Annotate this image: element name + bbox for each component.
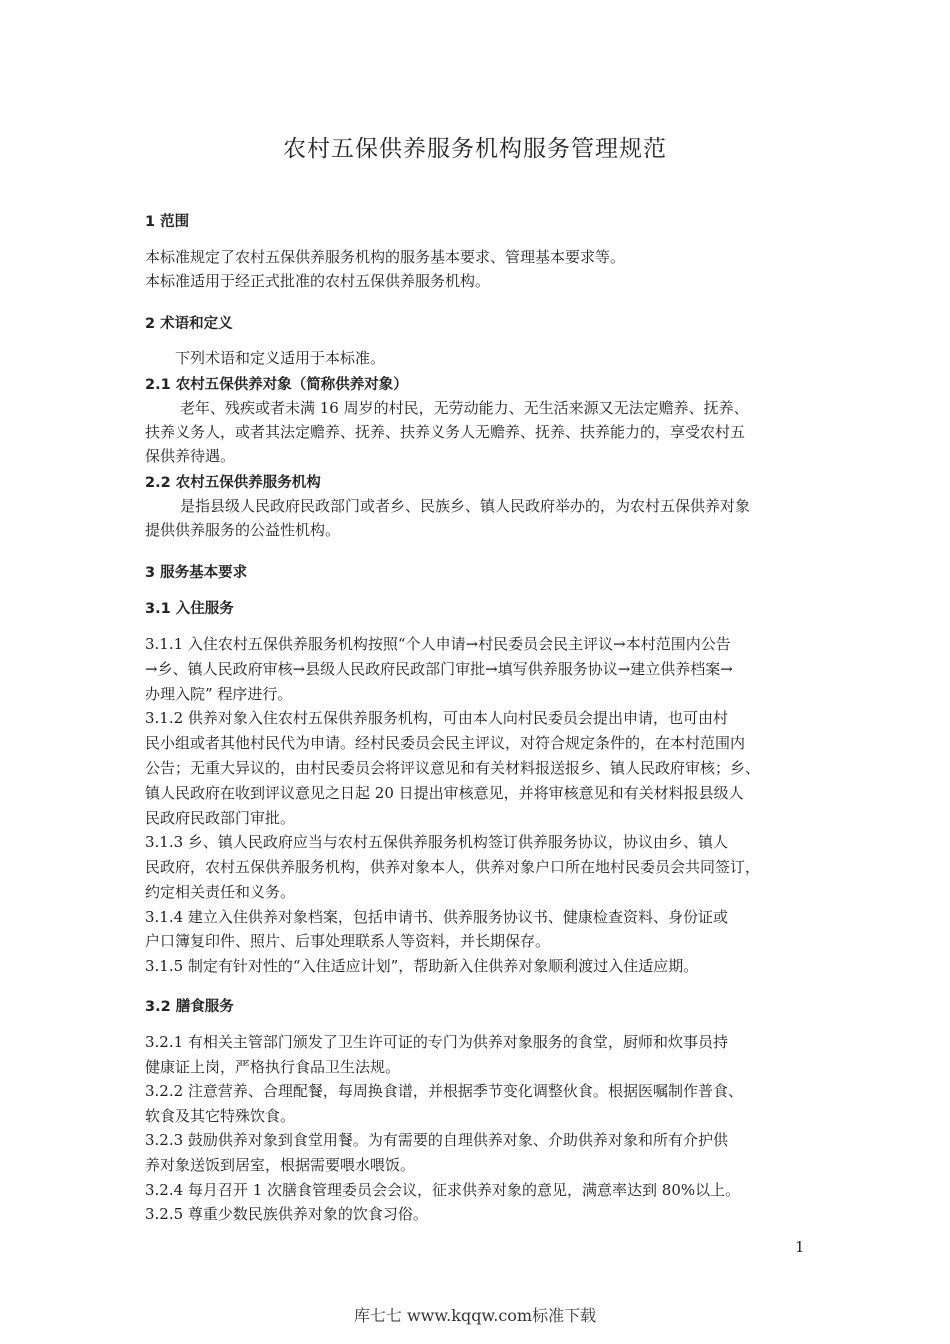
paragraph-line: 3.2.1 有相关主管部门颁发了卫生许可证的专门为供养对象服务的食堂，厨师和炊事…: [145, 1032, 810, 1052]
paragraph-line: 约定相关责任和义务。: [145, 882, 810, 902]
page-number: 1: [795, 1238, 805, 1256]
paragraph-line: 3.2.4 每月召开 1 次膳食管理委员会会议，征求供养对象的意见，满意率达到 …: [145, 1180, 810, 1200]
paragraph-line: 民小组或者其他村民代为申请。经村民委员会民主评议，对符合规定条件的，在本村范围内: [145, 733, 810, 753]
paragraph-line: 健康证上岗，严格执行食品卫生法规。: [145, 1057, 810, 1077]
section-heading-2: 2 术语和定义: [145, 312, 233, 333]
paragraph-line: 保供养待遇。: [145, 446, 810, 466]
section-heading-3: 3 服务基本要求: [145, 561, 247, 582]
paragraph-line: 是指县级人民政府民政部门或者乡、民族乡、镇人民政府举办的，为农村五保供养对象: [180, 496, 845, 516]
paragraph-line: 养对象送饭到居室，根据需要喂水喂饭。: [145, 1155, 810, 1175]
paragraph-line: 3.1.3 乡、镇人民政府应当与农村五保供养服务机构签订供养服务协议，协议由乡、…: [145, 832, 810, 852]
subsection-heading-2-2: 2.2 农村五保供养服务机构: [145, 471, 321, 492]
footer-watermark: 库七七 www.kqqw.com标准下载: [0, 1303, 950, 1326]
paragraph-line: 扶养义务人，或者其法定赡养、抚养、扶养义务人无赡养、抚养、扶养能力的，享受农村五: [145, 422, 810, 442]
subsection-heading-2-1: 2.1 农村五保供养对象（简称供养对象）: [145, 373, 408, 394]
subsection-heading-3-1: 3.1 入住服务: [145, 597, 234, 618]
paragraph-line: 3.2.3 鼓励供养对象到食堂用餐。为有需要的自理供养对象、介助供养对象和所有介…: [145, 1130, 810, 1150]
paragraph-line: 民政府民政部门审批。: [145, 808, 810, 828]
paragraph-line: 3.1.5 制定有针对性的“入住适应计划”，帮助新入住供养对象顺利渡过入住适应期…: [145, 956, 810, 976]
paragraph-line: 镇人民政府在收到评议意见之日起 20 日提出审核意见，并将审核意见和有关材料报县…: [145, 783, 810, 803]
paragraph-line: 下列术语和定义适用于本标准。: [175, 348, 840, 368]
paragraph-line: 3.2.5 尊重少数民族供养对象的饮食习俗。: [145, 1204, 810, 1224]
paragraph-line: 3.1.1 入住农村五保供养服务机构按照“个人申请→村民委员会民主评议→本村范围…: [145, 634, 810, 654]
paragraph-line: →乡、镇人民政府审核→县级人民政府民政部门审批→填写供养服务协议→建立供养档案→: [145, 659, 810, 679]
paragraph-line: 提供供养服务的公益性机构。: [145, 520, 810, 540]
document-page: 农村五保供养服务机构服务管理规范 1 范围 本标准规定了农村五保供养服务机构的服…: [0, 0, 950, 1344]
paragraph-line: 户口簿复印件、照片、后事处理联系人等资料，并长期保存。: [145, 931, 810, 951]
paragraph-line: 老年、残疾或者未满 16 周岁的村民，无劳动能力、无生活来源又无法定赡养、抚养、: [180, 398, 845, 418]
paragraph-line: 民政府，农村五保供养服务机构，供养对象本人，供养对象户口所在地村民委员会共同签订…: [145, 857, 810, 877]
paragraph-line: 办理入院” 程序进行。: [145, 684, 810, 704]
section-heading-1: 1 范围: [145, 210, 189, 231]
paragraph-line: 本标准适用于经正式批准的农村五保供养服务机构。: [145, 271, 810, 291]
paragraph-line: 软食及其它特殊饮食。: [145, 1106, 810, 1126]
paragraph-line: 公告；无重大异议的，由村民委员会将评议意见和有关材料报送报乡、镇人民政府审核；乡…: [145, 758, 810, 778]
paragraph-line: 本标准规定了农村五保供养服务机构的服务基本要求、管理基本要求等。: [145, 247, 810, 267]
subsection-heading-3-2: 3.2 膳食服务: [145, 995, 234, 1016]
paragraph-line: 3.1.2 供养对象入住农村五保供养服务机构，可由本人向村民委员会提出申请，也可…: [145, 708, 810, 728]
paragraph-line: 3.2.2 注意营养、合理配餐，每周换食谱，并根据季节变化调整伙食。根据医嘱制作…: [145, 1081, 810, 1101]
document-title: 农村五保供养服务机构服务管理规范: [0, 130, 950, 163]
paragraph-line: 3.1.4 建立入住供养对象档案，包括申请书、供养服务协议书、健康检查资料、身份…: [145, 907, 810, 927]
